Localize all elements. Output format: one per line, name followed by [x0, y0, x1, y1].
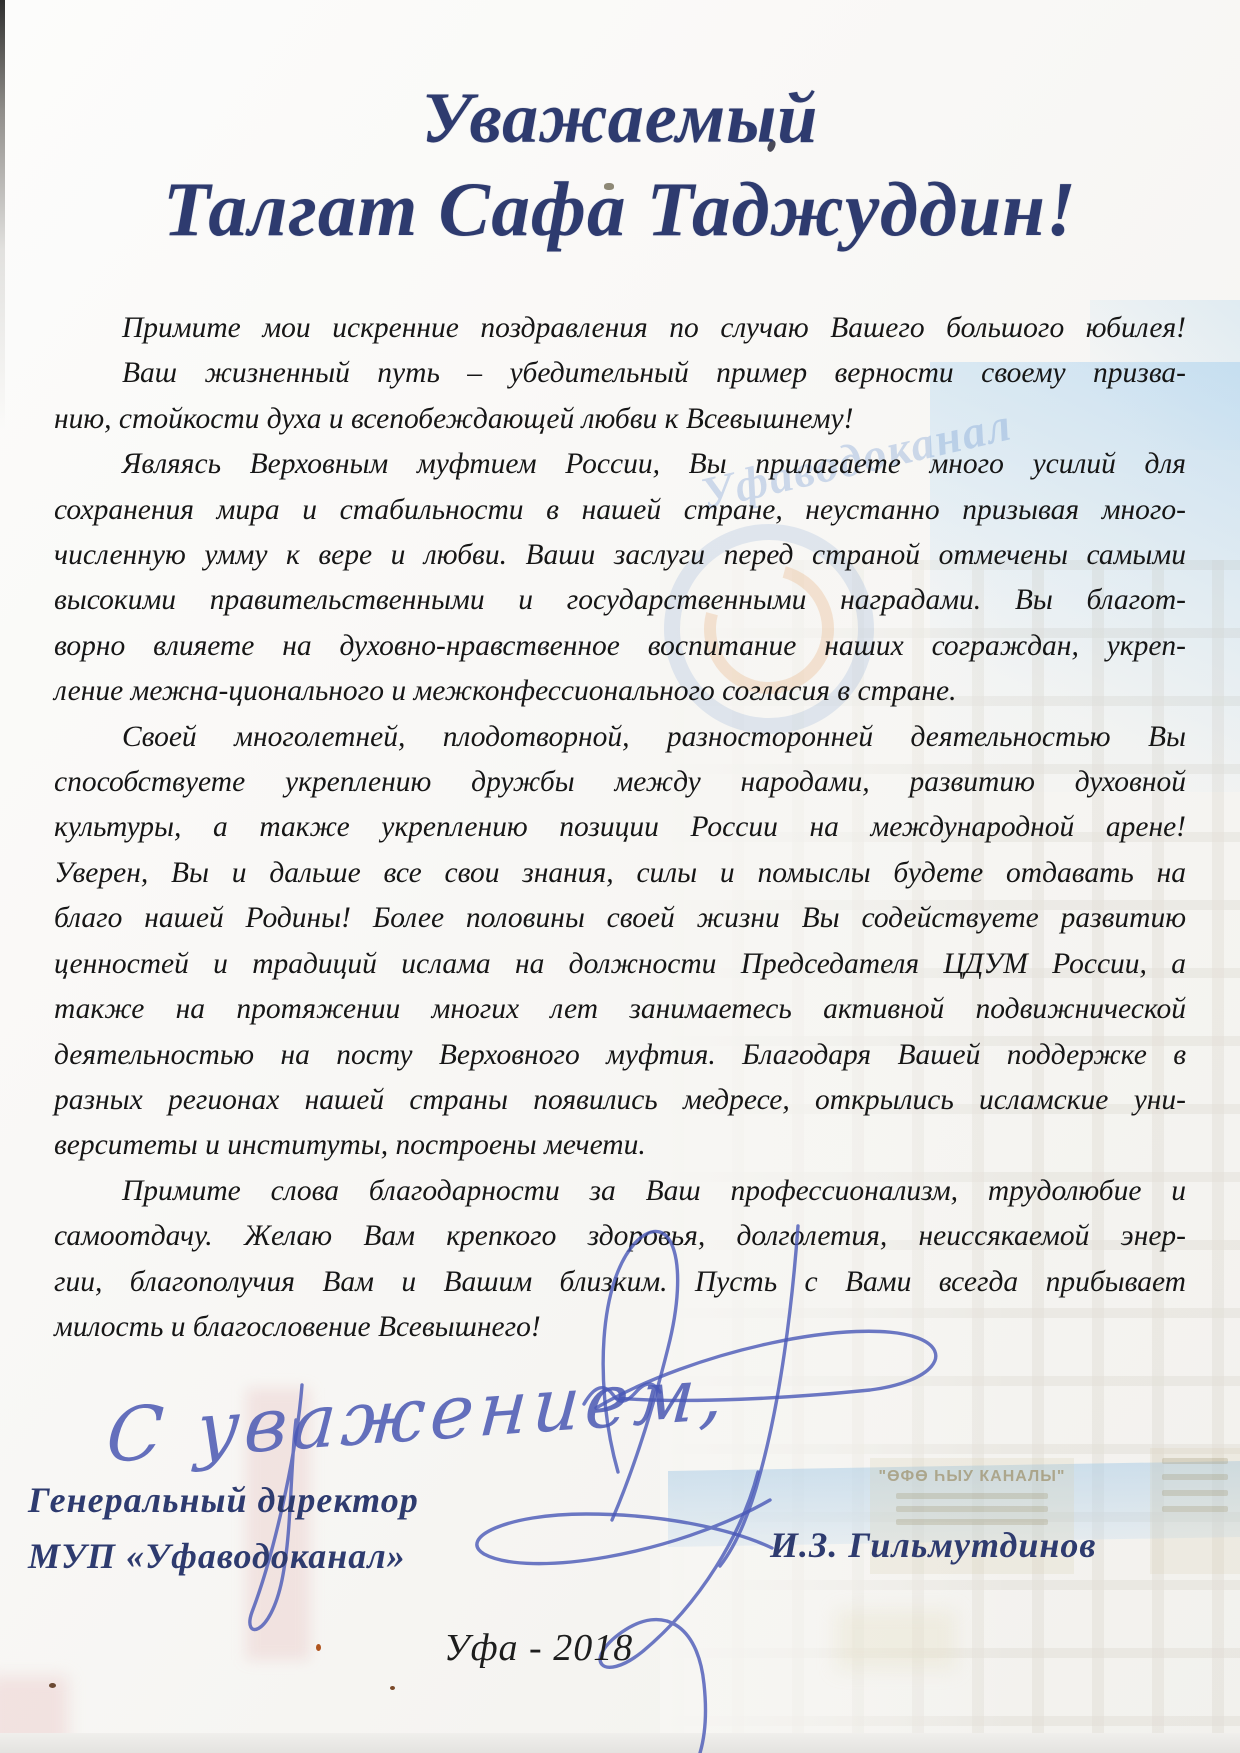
signatory-name: И.З. Гильмутдинов: [770, 1524, 1096, 1566]
autograph-stroke: [596, 1331, 936, 1408]
company-name: МУП «Уфаводоканал»: [28, 1528, 419, 1584]
director-title: Генеральный директор: [28, 1472, 419, 1528]
city-year: Уфа - 2018: [444, 1626, 633, 1670]
signatory-title: Генеральный директор МУП «Уфаводоканал»: [28, 1472, 419, 1584]
scanned-letter-page: Уфаводоканал "ӨФӨ ҺЫУ КАНАЛЫ" Уважаемый …: [0, 0, 1240, 1753]
